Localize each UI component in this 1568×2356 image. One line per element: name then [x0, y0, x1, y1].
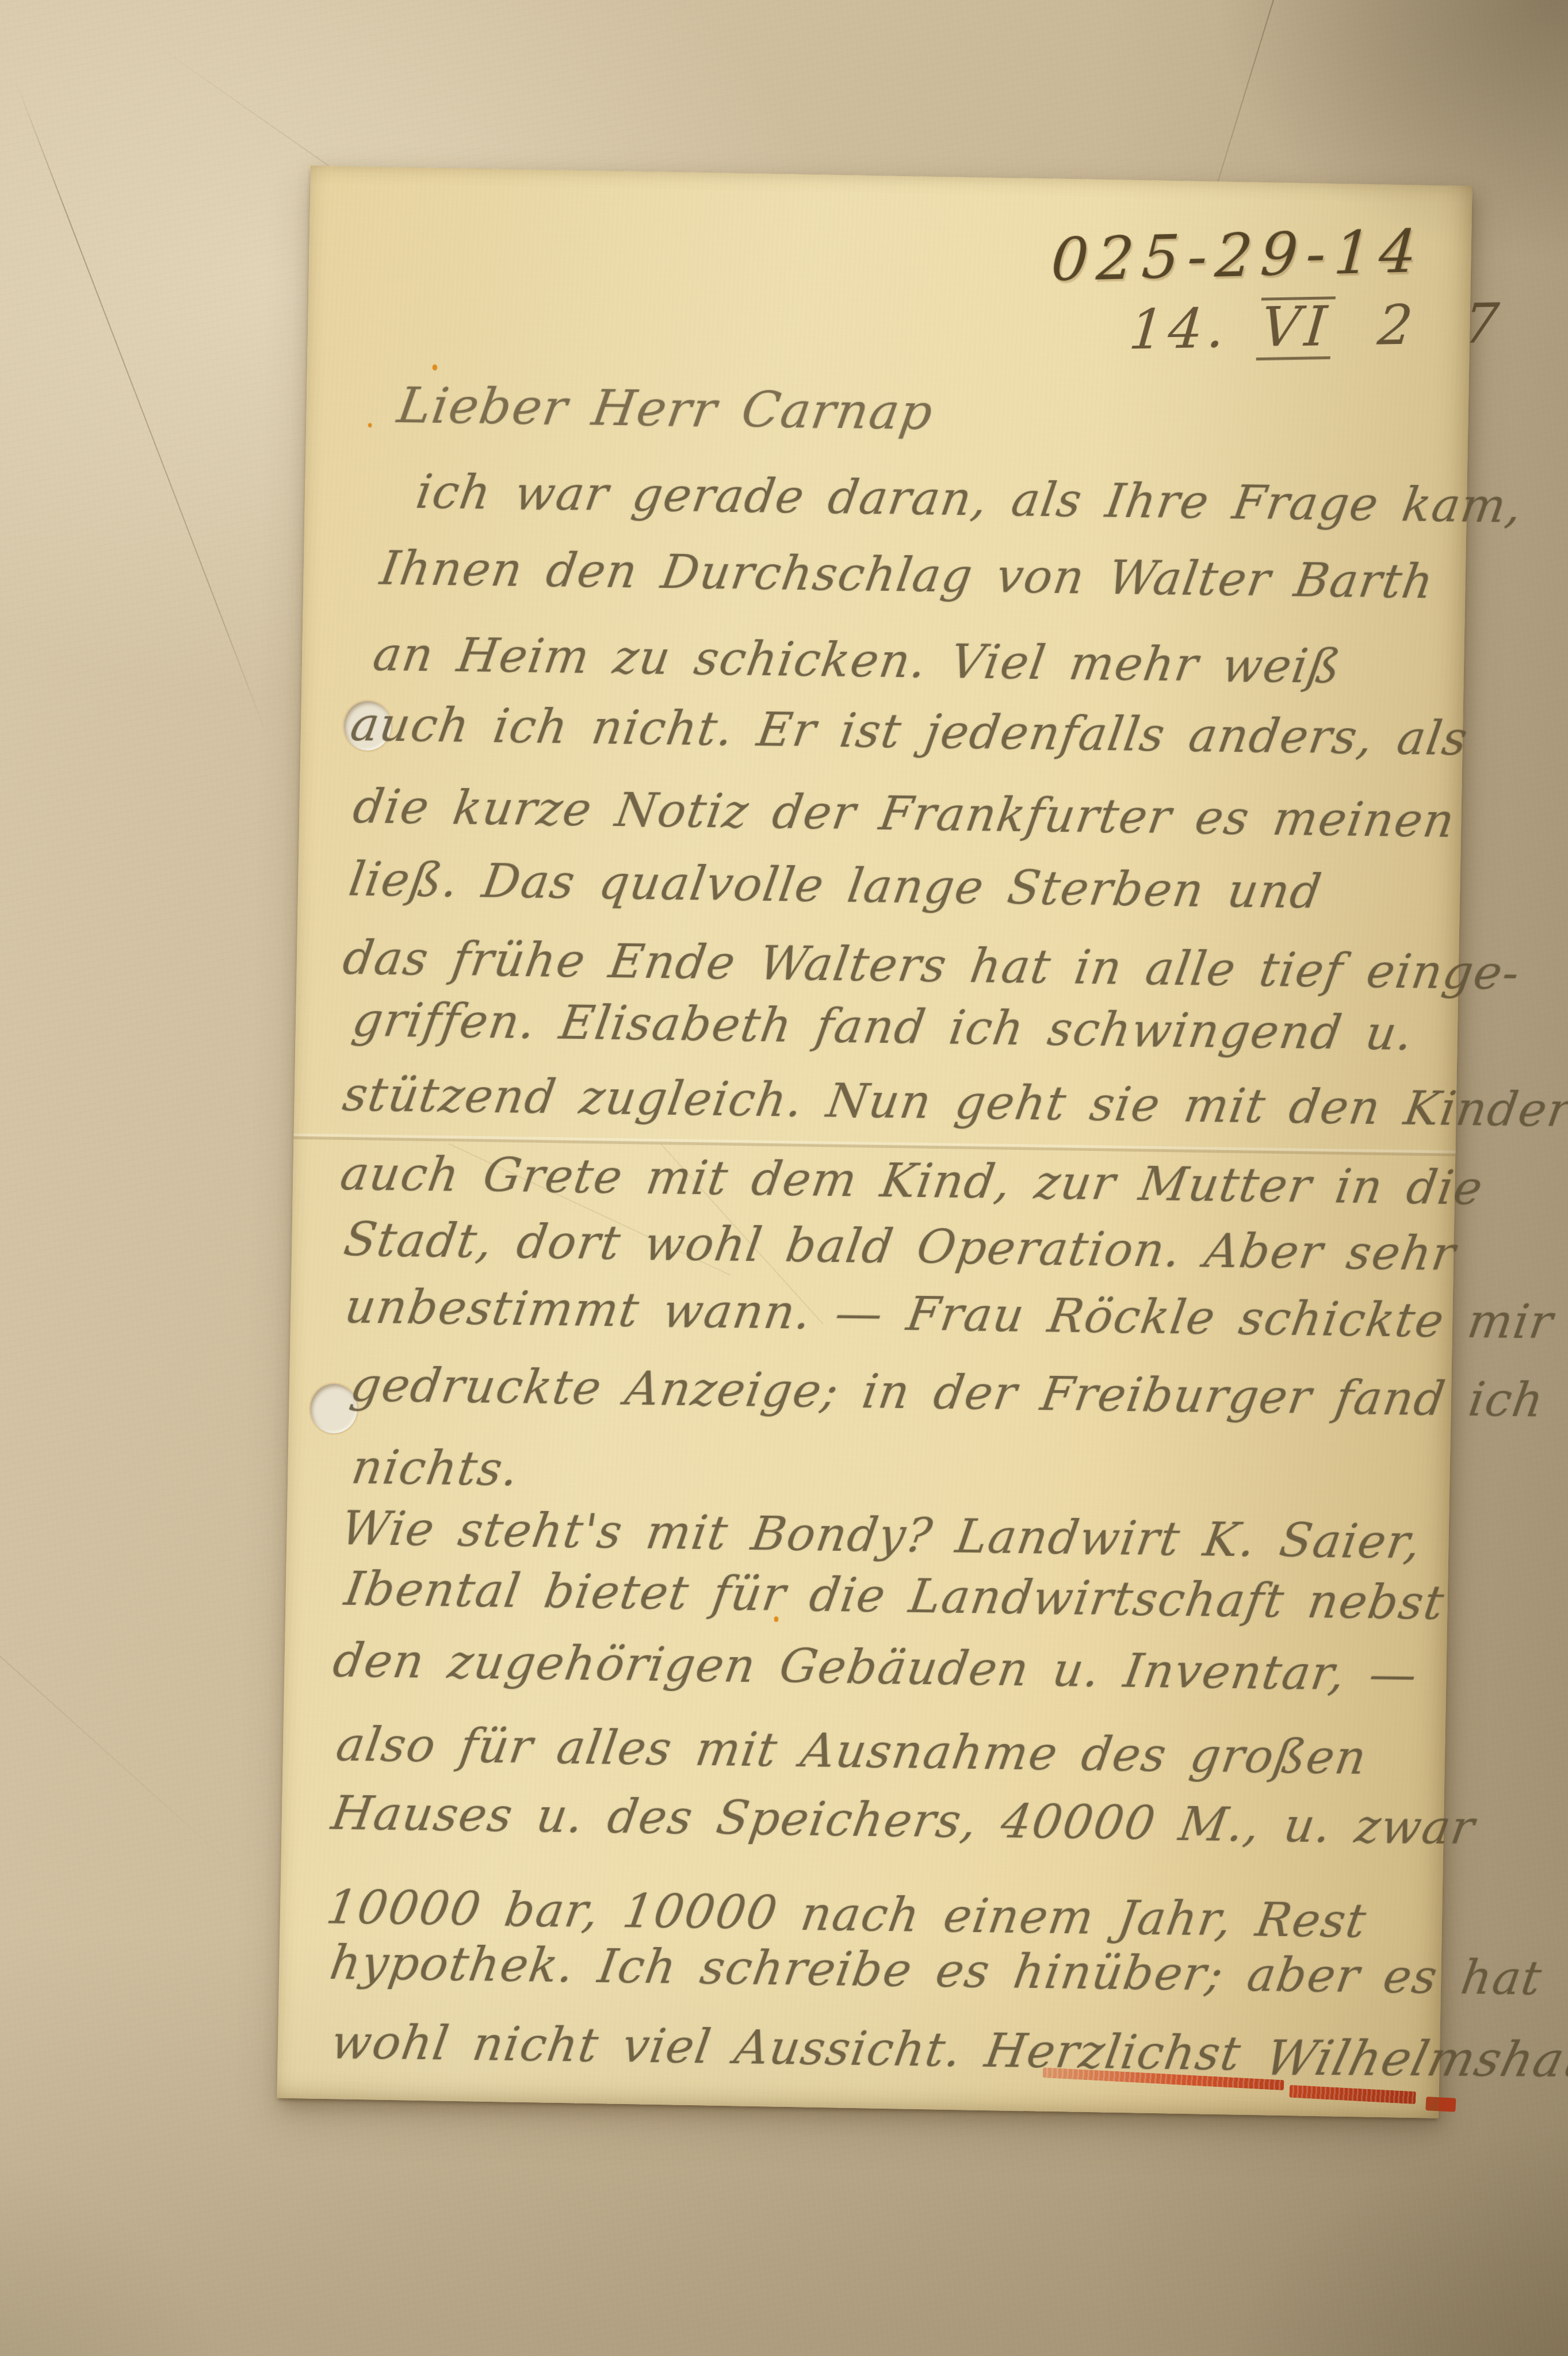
handwritten-line: stützend zugleich. Nun geht sie mit den … — [343, 1065, 1568, 1154]
handwritten-line: an Heim zu schicken. Viel mehr weiß — [373, 625, 1341, 709]
line-text: den zugehörigen Gebäuden u. Inventar, — — [330, 1634, 1422, 1701]
line-text: ließ. Das qualvolle lange Sterben und — [346, 852, 1326, 919]
letter-date: 14. VI 2 7 — [1127, 293, 1519, 363]
line-text: Wie steht's mit Bondy? Landwirt K. Saier… — [338, 1502, 1425, 1570]
line-text: an Heim zu schicken. Viel mehr weiß — [369, 628, 1344, 694]
line-text: nichts. — [348, 1440, 523, 1497]
date-year: 2 7 — [1375, 293, 1519, 358]
catalog-number: 025-29-14 — [1049, 217, 1427, 295]
paper-speck — [368, 423, 372, 427]
handwritten-line: Ihnen den Durchschlag von Walter Barth — [381, 539, 1434, 624]
date-day: 14. — [1127, 297, 1232, 362]
date-month-roman: VI — [1256, 296, 1336, 360]
line-text: Ihnen den Durchschlag von Walter Barth — [377, 541, 1438, 609]
salutation-text: Lieber Herr Carnap — [394, 377, 938, 441]
line-text: gedruckte Anzeige; in der Freiburger fan… — [347, 1358, 1548, 1428]
line-text: also für alles mit Ausnahme des großen — [332, 1718, 1371, 1785]
line-text: das frühe Ende Walters hat in alle tief … — [339, 931, 1524, 1001]
line-text: stützend zugleich. Nun geht sie mit den … — [339, 1068, 1568, 1138]
handwritten-line: den zugehörigen Gebäuden u. Inventar, — — [334, 1631, 1418, 1717]
handwritten-line: die kurze Notiz der Frankfurter es meine… — [353, 777, 1455, 863]
signature: Wilhelmshausen — [1260, 2029, 1568, 2089]
photo-of-handwritten-letter: { "colors": { "desk": "#c7b695", "desk_s… — [0, 0, 1568, 2356]
handwritten-line: ich war gerade daran, als Ihre Frage kam… — [416, 462, 1523, 549]
line-text: die kurze Notiz der Frankfurter es meine… — [350, 780, 1459, 848]
handwritten-line: ließ. Das qualvolle lange Sterben und — [349, 850, 1321, 934]
closing-line: wohl nicht viel Aussicht. HerzlichstWilh… — [331, 2011, 1568, 2101]
salutation: Lieber Herr Carnap — [398, 376, 934, 452]
paper-speck — [433, 365, 437, 370]
desk-scratch-line — [15, 81, 269, 739]
line-text: auch Grete mit dem Kind, zur Mutter in d… — [337, 1147, 1487, 1216]
letter-paper: 025-29-14 14. VI 2 7 Lieber Herr Carnap … — [277, 166, 1472, 2118]
red-crayon-stroke — [1425, 2097, 1456, 2112]
desk-scratch-line — [0, 1645, 254, 1884]
line-text: ich war gerade daran, als Ihre Frage kam… — [412, 465, 1527, 534]
closing-text: wohl nicht viel Aussicht. Herzlichst — [327, 2015, 1245, 2081]
handwritten-line: gedruckte Anzeige; in der Freiburger fan… — [351, 1356, 1544, 1443]
